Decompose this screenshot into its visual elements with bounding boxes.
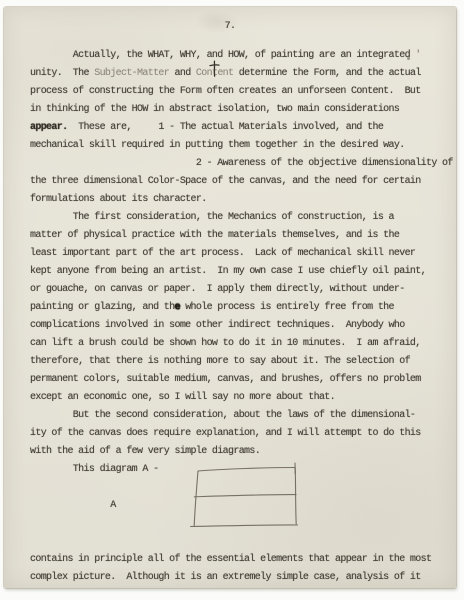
text-segment: matter of physical practice with the mat… — [30, 230, 399, 241]
scan-frame: 7. Actually, the WHAT, WHY, and HOW, of … — [0, 0, 464, 600]
text-segment: Subject-Matter — [94, 68, 169, 79]
text-segment: ' — [410, 50, 421, 61]
text-line: 2 - Awareness of the objective dimension… — [30, 155, 448, 173]
text-segment: process of constructing the Form often c… — [30, 86, 421, 97]
text-line: or gouache, on canvas or paper. I apply … — [30, 281, 448, 299]
page-number: 7. — [4, 21, 456, 32]
text-line: process of constructing the Form often c… — [30, 83, 448, 101]
text-segment: appear. — [30, 122, 67, 133]
text-segment: But the second consideration, about the … — [30, 410, 415, 421]
text-line: painting or glazing, and the whole proce… — [30, 299, 448, 317]
text-segment: ity of the canvas does require explanati… — [30, 428, 421, 439]
text-segment: and — [169, 68, 196, 79]
text-segment: kept anyone from being an artist. In my … — [30, 266, 426, 277]
text-line: formulations about its character. — [30, 191, 448, 209]
text-segment: A — [30, 500, 116, 511]
text-segment: These are, 1 - The actual Materials invo… — [67, 122, 383, 133]
text-segment: painting or glazing, and th — [30, 302, 174, 313]
text-segment: complications involved in some other ind… — [30, 320, 405, 331]
text-line: can lift a brush could be shown how to d… — [30, 335, 448, 353]
text-line: permanent colors, suitable medium, canva… — [30, 371, 448, 389]
text-line: appear. These are, 1 - The actual Materi… — [30, 119, 448, 137]
text-line: complex picture. Although it is an extre… — [30, 569, 448, 587]
text-segment: in thinking of the HOW in abstract isola… — [30, 104, 399, 115]
text-segment: complex picture. Although it is an extre… — [30, 572, 421, 583]
text-segment: formulations about its character. — [30, 194, 207, 205]
text-segment: determine the Form, and the actual — [233, 68, 420, 79]
text-line: the three dimensional Color-Space of the… — [30, 173, 448, 191]
text-segment: This diagram A - — [30, 464, 158, 475]
text-segment: mechanical skill required in putting the… — [30, 140, 405, 151]
text-line: The first consideration, the Mechanics o… — [30, 209, 448, 227]
diagram-a-rectangle — [188, 458, 304, 532]
text-line: therefore, that there is nothing more to… — [30, 353, 448, 371]
text-segment: therefore, that there is nothing more to… — [30, 356, 410, 367]
text-line: kept anyone from being an artist. In my … — [30, 263, 448, 281]
handwritten-t-insertion-mark — [208, 59, 222, 79]
text-segment: unity. The — [30, 68, 94, 79]
text-line: contains in principle all of the essenti… — [30, 551, 448, 569]
text-segment: 2 - Awareness of the objective dimension… — [30, 158, 453, 169]
text-segment: the three dimensional Color-Space of the… — [30, 176, 421, 187]
screenshot-root: { "scan": { "background_color": "#fbfbf9… — [0, 0, 464, 600]
text-line: unity. The Subject-Matter and Content de… — [30, 65, 448, 83]
text-line: in thinking of the HOW in abstract isola… — [30, 101, 448, 119]
text-line: mechanical skill required in putting the… — [30, 137, 448, 155]
text-line: except an economic one, so I will say no… — [30, 389, 448, 407]
text-segment: with the aid of a few very simple diagra… — [30, 446, 260, 457]
text-segment: least important part of the art process.… — [30, 248, 415, 259]
text-segment: can lift a brush could be shown how to d… — [30, 338, 421, 349]
text-line: But the second consideration, about the … — [30, 407, 448, 425]
manuscript-page: 7. Actually, the WHAT, WHY, and HOW, of … — [4, 7, 456, 588]
text-line: complications involved in some other ind… — [30, 317, 448, 335]
text-line: matter of physical practice with the mat… — [30, 227, 448, 245]
text-segment: or gouache, on canvas or paper. I apply … — [30, 284, 405, 295]
text-line — [30, 533, 448, 551]
text-line: Actually, the WHAT, WHY, and HOW, of pai… — [30, 47, 448, 65]
text-segment: The first consideration, the Mechanics o… — [30, 212, 394, 223]
text-line: ity of the canvas does require explanati… — [30, 425, 448, 443]
text-segment: permanent colors, suitable medium, canva… — [30, 374, 421, 385]
text-line: least important part of the art process.… — [30, 245, 448, 263]
text-segment: except an economic one, so I will say no… — [30, 392, 335, 403]
text-segment: contains in principle all of the essenti… — [30, 554, 431, 565]
text-segment: whole process is entirely free from the — [180, 302, 394, 313]
